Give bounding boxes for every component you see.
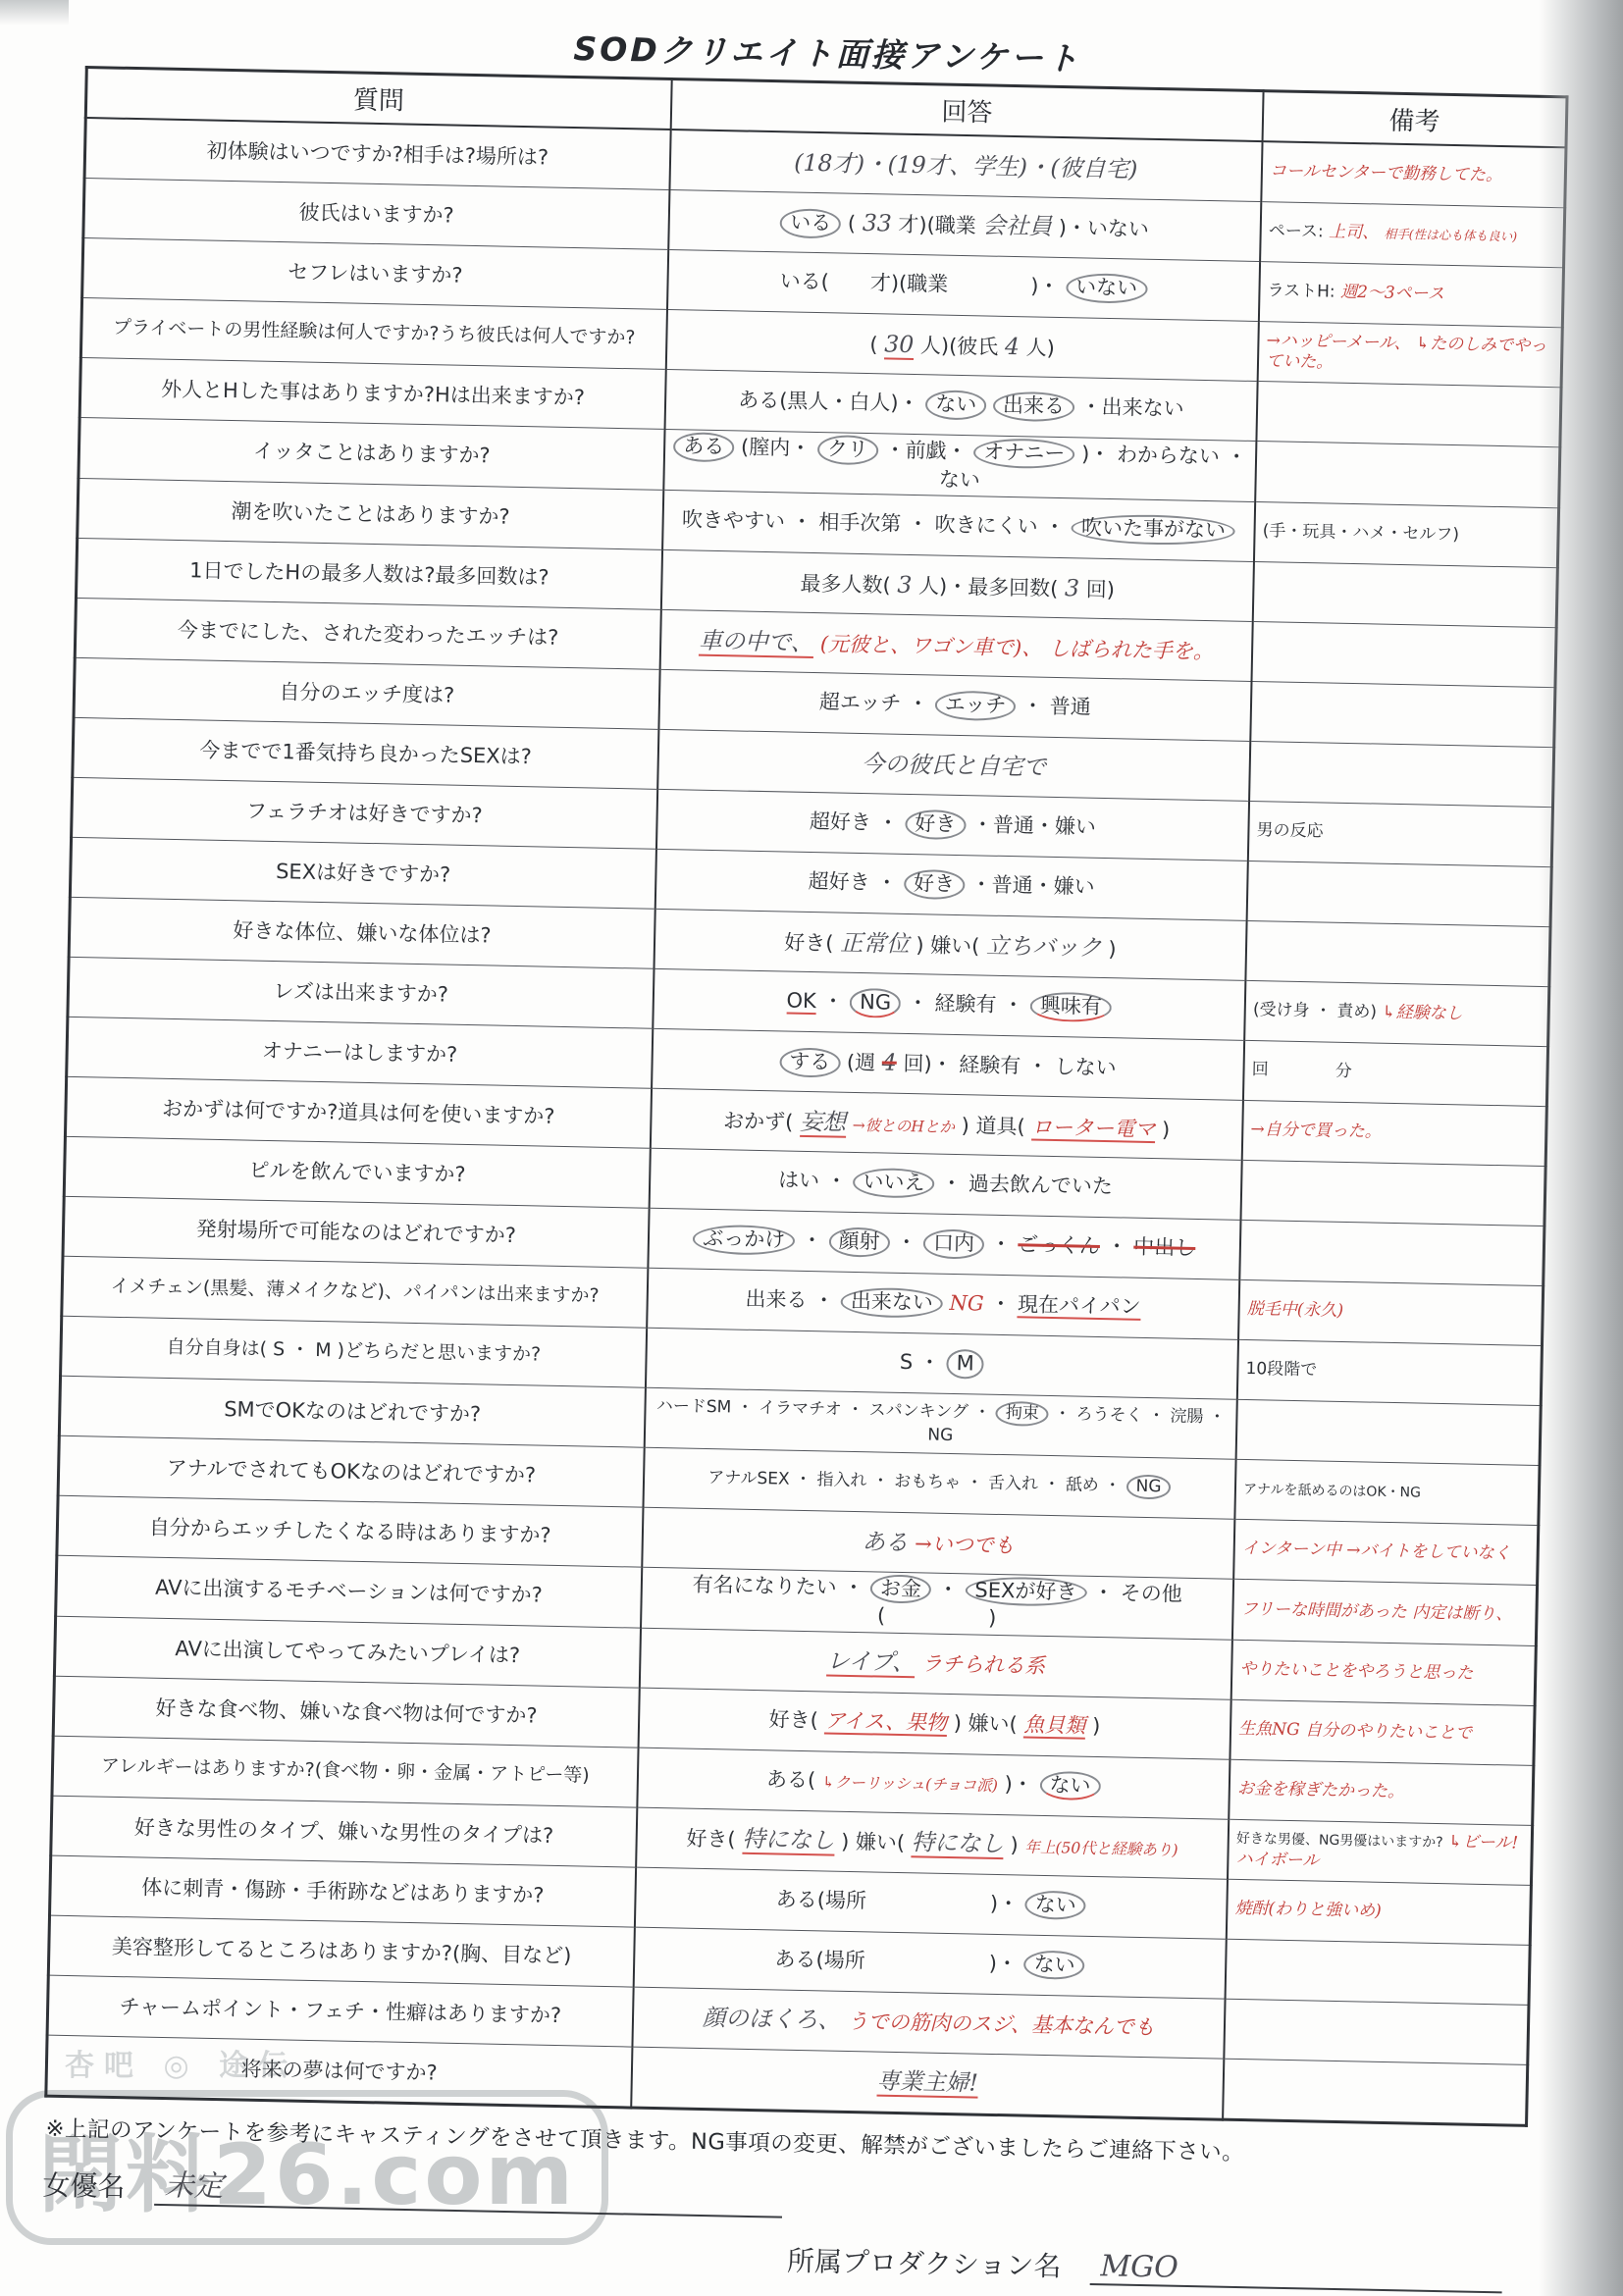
printed-text: いいえ (853, 1168, 935, 1198)
handwritten-pencil-text: 30 (884, 330, 915, 360)
questionnaire-table: 質問 回答 備考 初体験はいつですか?相手は?場所は?(18才)・(19才、学生… (44, 66, 1568, 2127)
printed-text: ない (925, 390, 987, 420)
printed-text: 回) (1085, 577, 1115, 601)
handwritten-red-text: 相手(性は心も体も良い) (1384, 227, 1517, 244)
remarks-cell (1236, 1399, 1542, 1465)
printed-text: ない (1025, 1890, 1087, 1920)
remarks-cell (1246, 920, 1551, 986)
remarks-cell (1241, 1160, 1546, 1226)
handwritten-pencil-text: 妄想 (800, 1107, 847, 1137)
handwritten-pencil-text: 正常位 (840, 928, 910, 957)
printed-text: 口内 (923, 1228, 985, 1259)
printed-text: ペース: (1269, 222, 1324, 242)
printed-text: ない (1039, 1771, 1101, 1801)
remarks-cell (1255, 442, 1560, 508)
handwritten-pencil-text: レイプ、 (826, 1647, 916, 1679)
handwritten-red-text: →彼とのHとか (853, 1116, 956, 1135)
handwritten-red-text: →自分で買った。 (1250, 1120, 1382, 1142)
printed-text: 好き( (768, 1707, 818, 1732)
scan-corner-shadow (0, 0, 69, 26)
printed-text: 出来る ・ (745, 1287, 834, 1313)
printed-text: ) 嫌い( (916, 933, 980, 958)
scanned-questionnaire-page: SODクリエイト面接アンケート 質問 回答 備考 初体験はいつですか?相手は?場… (41, 10, 1570, 2294)
handwritten-pencil-text: 特になし (912, 1829, 1005, 1860)
remarks-cell: フリーな時間があった 内定は断り、 (1232, 1579, 1538, 1645)
handwritten-pencil-text: ある (862, 1528, 909, 1556)
printed-text: ) 嫌い( (953, 1711, 1018, 1736)
handwritten-red-text: 内定は断り、 (1412, 1602, 1512, 1624)
printed-text: 人)(彼氏 (920, 334, 999, 359)
handwritten-red-text: インターン中 (1242, 1539, 1341, 1560)
printed-text: 超好き ・ (808, 869, 897, 895)
printed-text: 吹いた事がない (1072, 513, 1236, 546)
handwritten-red-text: 生魚NG (1238, 1719, 1300, 1740)
printed-text: 出来る (993, 391, 1075, 422)
handwritten-red-text: フリーな時間があった (1240, 1599, 1407, 1622)
answer-cell: 専業主婦! (631, 2047, 1225, 2119)
printed-text: ・ 経験有 ・ (908, 991, 1024, 1017)
handwritten-red-text: しばられた手を。 (1049, 636, 1214, 662)
printed-text: 現在パイパン (1018, 1292, 1141, 1321)
printed-text: 好き (905, 809, 967, 840)
printed-text: ない (1023, 1950, 1085, 1980)
handwritten-pencil-text: 4 (1005, 333, 1021, 360)
handwritten-red-text: →バイトをしていなく (1346, 1540, 1511, 1563)
handwritten-red-text: 自分のやりたいことで (1305, 1720, 1472, 1743)
printed-text: ある (673, 432, 735, 462)
remarks-cell: 好きな男優、NG男優はいますか? ↳ビール!ハイボール (1228, 1819, 1533, 1885)
printed-text: ) (1108, 937, 1117, 961)
remarks-cell (1253, 561, 1558, 627)
printed-text: ) 嫌い( (841, 1830, 906, 1854)
printed-text: 吹きやすい ・ 相手次第 ・ 吹きにくい ・ (682, 507, 1066, 539)
handwritten-red-text: 魚貝類 (1023, 1712, 1086, 1739)
remarks-cell (1239, 1220, 1544, 1285)
remarks-cell (1257, 382, 1562, 447)
printed-text: (週 (847, 1051, 876, 1075)
printed-text: ハードSM ・ イラマチオ ・ スパンキング ・ (656, 1396, 991, 1423)
printed-text: ・出来ない (1080, 395, 1183, 421)
printed-text: する (779, 1047, 841, 1077)
printed-text: (手・玩具・ハメ・セルフ) (1263, 521, 1460, 545)
remarks-cell: お金を稼ぎたかった。 (1229, 1759, 1534, 1825)
printed-text: ・ 過去飲んでいた (941, 1172, 1113, 1199)
printed-text: いる( 才)(職業 )・ (779, 269, 1059, 298)
printed-text: 顔射 (828, 1226, 890, 1257)
handwritten-red-text: 脱毛中(永久) (1247, 1299, 1344, 1321)
actress-name-line: 未定 (154, 2160, 783, 2218)
handwritten-pencil-text: (18才)・(19才、学生)・(彼自宅) (794, 148, 1138, 183)
handwritten-red-text: アイス、果物 (824, 1708, 947, 1736)
remarks-cell (1247, 861, 1552, 926)
printed-text: エッチ (934, 691, 1016, 721)
column-header-remarks: 備考 (1263, 91, 1567, 148)
remarks-cell: ラストH: 週2〜3ペース (1259, 262, 1564, 328)
printed-text: ( (869, 333, 878, 356)
handwritten-pencil-text: 特になし (742, 1825, 835, 1856)
printed-text: 超好き ・ (810, 809, 899, 835)
printed-text: オナニー (973, 438, 1075, 469)
handwritten-red-text: ラチられる系 (921, 1652, 1045, 1679)
printed-text: OK (786, 989, 816, 1016)
production-name-line: MGO (1090, 2249, 1503, 2293)
handwritten-pencil-text: 3 (1065, 574, 1080, 601)
handwritten-pencil-text: 今の彼氏と自宅で (862, 750, 1047, 781)
printed-text: ・ (1106, 1234, 1126, 1258)
printed-text: NG (850, 988, 902, 1018)
printed-text: ある(黒人・白人)・ (738, 389, 919, 416)
handwritten-red-text: NG (949, 1291, 984, 1316)
printed-text: 10段階で (1245, 1359, 1317, 1380)
printed-text: アナルを舐めるのはOK・NG (1243, 1482, 1421, 1502)
printed-text: S ・ (900, 1350, 940, 1375)
printed-text: ( (848, 212, 857, 235)
remarks-cell: アナルを舐めるのはOK・NG (1235, 1459, 1541, 1525)
remarks-cell (1223, 2059, 1528, 2125)
printed-text: 出来ない (841, 1287, 944, 1319)
handwritten-pencil-text: 3 (897, 570, 913, 598)
production-name-row: 所属プロダクション名 MGO (787, 2239, 1526, 2293)
remarks-cell: (受け身 ・ 責め) ↳経験なし (1244, 980, 1549, 1046)
printed-text: ・普通・嫌い (972, 812, 1096, 839)
printed-text: M (946, 1349, 984, 1379)
handwritten-pencil-text: 顔のほくろ、 (703, 2004, 842, 2034)
printed-text: 最多人数( (800, 571, 891, 597)
remarks-cell: ペース: 上司、 相手(性は心も体も良い) (1260, 202, 1565, 268)
printed-text: (受け身 ・ 責め) (1253, 1000, 1377, 1022)
handwritten-red-text: (元彼と、ワゴン車で)、 (820, 632, 1043, 660)
handwritten-red-text: 焼酎(わりと強いめ) (1234, 1899, 1382, 1921)
printed-text: ・ (802, 1228, 822, 1252)
production-name-label: 所属プロダクション名 (787, 2239, 1062, 2284)
remarks-cell: →自分で買った。 (1242, 1100, 1547, 1166)
handwritten-red-text: ↳クーリッシュ(チョコ派) (822, 1773, 998, 1795)
printed-text: ) (1162, 1118, 1171, 1141)
printed-text: ) 道具( (961, 1114, 1025, 1138)
handwritten-red-text: →いつでも (915, 1532, 1015, 1557)
remarks-cell: →ハッピーメール、 ↳たのしみでやっていた。 (1258, 322, 1563, 388)
remarks-cell: 焼酎(わりと強いめ) (1227, 1879, 1532, 1945)
form-table-body: 初体験はいつですか?相手は?場所は?(18才)・(19才、学生)・(彼自宅) コ… (46, 118, 1566, 2125)
question-cell: 将来の夢は何ですか? (46, 2035, 632, 2108)
handwritten-red-text: ↳経験なし (1382, 1003, 1463, 1024)
remarks-cell: 10段階で (1237, 1339, 1543, 1405)
handwritten-red-text: 年上(50代と経験あり) (1024, 1839, 1178, 1859)
remarks-cell: 脱毛中(永久) (1238, 1279, 1544, 1345)
printed-text: 好き( (784, 930, 834, 955)
printed-text: おかず( (723, 1109, 794, 1133)
printed-text: 好き( (686, 1827, 736, 1852)
printed-text: ・ (990, 1232, 1011, 1256)
printed-text: ・普通・嫌い (970, 872, 1094, 899)
printed-text: ・ (990, 1292, 1011, 1316)
remarks-cell: 男の反応 (1248, 801, 1553, 866)
actress-name-row: 女優名 未定 (42, 2158, 1527, 2232)
handwritten-red-text: お金を稼ぎたかった。 (1237, 1779, 1404, 1801)
handwritten-pencil-text: 4 (882, 1049, 898, 1076)
printed-text: いない (1066, 273, 1148, 303)
handwritten-red-text: コールセンターで勤務してた。 (1270, 162, 1502, 186)
printed-text: ・ (937, 1578, 958, 1601)
remarks-cell: インターン中 →バイトをしていなく (1233, 1519, 1539, 1585)
printed-text: NG (1126, 1475, 1171, 1500)
printed-text: お金 (870, 1574, 932, 1604)
printed-text: ・ 普通 (1022, 694, 1091, 718)
printed-text: ・前戯・ (884, 438, 967, 463)
printed-text: 男の反応 (1256, 820, 1323, 841)
printed-text: 才)(職業 (898, 213, 976, 238)
remarks-cell (1252, 621, 1557, 687)
actress-name-value: 未定 (154, 2167, 234, 2206)
printed-text: 拘束 (996, 1401, 1049, 1427)
handwritten-pencil-text: 車の中で、 (699, 626, 814, 657)
printed-text: アナルSEX ・ 指入れ ・ おもちゃ ・ 舌入れ ・ 舐め ・ (707, 1468, 1121, 1495)
remarks-cell: コールセンターで勤務してた。 (1261, 141, 1566, 208)
handwritten-red-text: やりたいことをやろうと思った (1239, 1659, 1473, 1684)
printed-text: 人) (1025, 336, 1055, 360)
printed-text: ・ (822, 989, 843, 1013)
printed-text: 回 分 (1251, 1060, 1351, 1081)
printed-text: ラストH: (1267, 282, 1335, 302)
actress-name-label: 女優名 (42, 2164, 126, 2205)
remarks-cell (1250, 681, 1555, 747)
printed-text: )・ (1004, 1772, 1033, 1797)
printed-text: ある( (766, 1767, 816, 1792)
remarks-cell (1249, 741, 1554, 807)
printed-text: 有名になりたい ・ (692, 1573, 864, 1600)
printed-text: ぶっかけ (693, 1225, 796, 1256)
printed-text: 回)・ 経験有 ・ しない (903, 1052, 1117, 1079)
handwritten-red-text: 上司、 (1329, 223, 1379, 243)
remarks-cell: (手・玩具・ハメ・セルフ) (1254, 501, 1559, 567)
handwritten-red-text: 週2〜3ペース (1340, 283, 1444, 304)
printed-text: ある(場所 )・ (774, 1947, 1018, 1975)
remarks-cell (1226, 1939, 1531, 2005)
printed-text: 超エッチ ・ (819, 690, 929, 715)
printed-text: 好き (904, 869, 966, 900)
scanner-edge-shadow (1539, 0, 1623, 2296)
printed-text: 中出し (1133, 1235, 1195, 1260)
printed-text: いる (780, 208, 842, 238)
remarks-cell (1224, 1999, 1529, 2064)
printed-text: ) (1010, 1834, 1019, 1857)
printed-text: 興味有 (1030, 992, 1113, 1022)
printed-text: はい ・ (778, 1168, 847, 1192)
printed-text: ・ (896, 1230, 916, 1254)
handwritten-red-text: ローター電マ (1031, 1115, 1155, 1143)
printed-text: )・いない (1058, 216, 1149, 241)
handwritten-pencil-text: 立ちバック (986, 931, 1102, 961)
printed-text: クリ (817, 435, 879, 465)
handwritten-red-text: うでの筋肉のスジ、基本なんでも (847, 2009, 1155, 2039)
handwritten-pencil-text: 会社員 (982, 212, 1052, 240)
production-name-value: MGO (1090, 2249, 1188, 2287)
handwritten-pencil-text: 33 (863, 209, 892, 237)
remarks-cell: やりたいことをやろうと思った (1231, 1640, 1537, 1705)
printed-text: ある(場所 )・ (776, 1887, 1020, 1915)
printed-text: ) (1092, 1714, 1101, 1738)
handwritten-pencil-text: 専業主婦! (876, 2067, 978, 2099)
handwritten-red-text: →ハッピーメール、 (1266, 331, 1410, 353)
printed-text: (膣内・ (741, 435, 811, 459)
remarks-cell: 回 分 (1243, 1040, 1548, 1106)
printed-text: 人)・最多回数( (918, 574, 1059, 600)
remarks-cell: 生魚NG 自分のやりたいことで (1230, 1699, 1536, 1765)
printed-text: ごっくん (1018, 1232, 1100, 1258)
printed-text: SEXが好き (965, 1576, 1087, 1607)
